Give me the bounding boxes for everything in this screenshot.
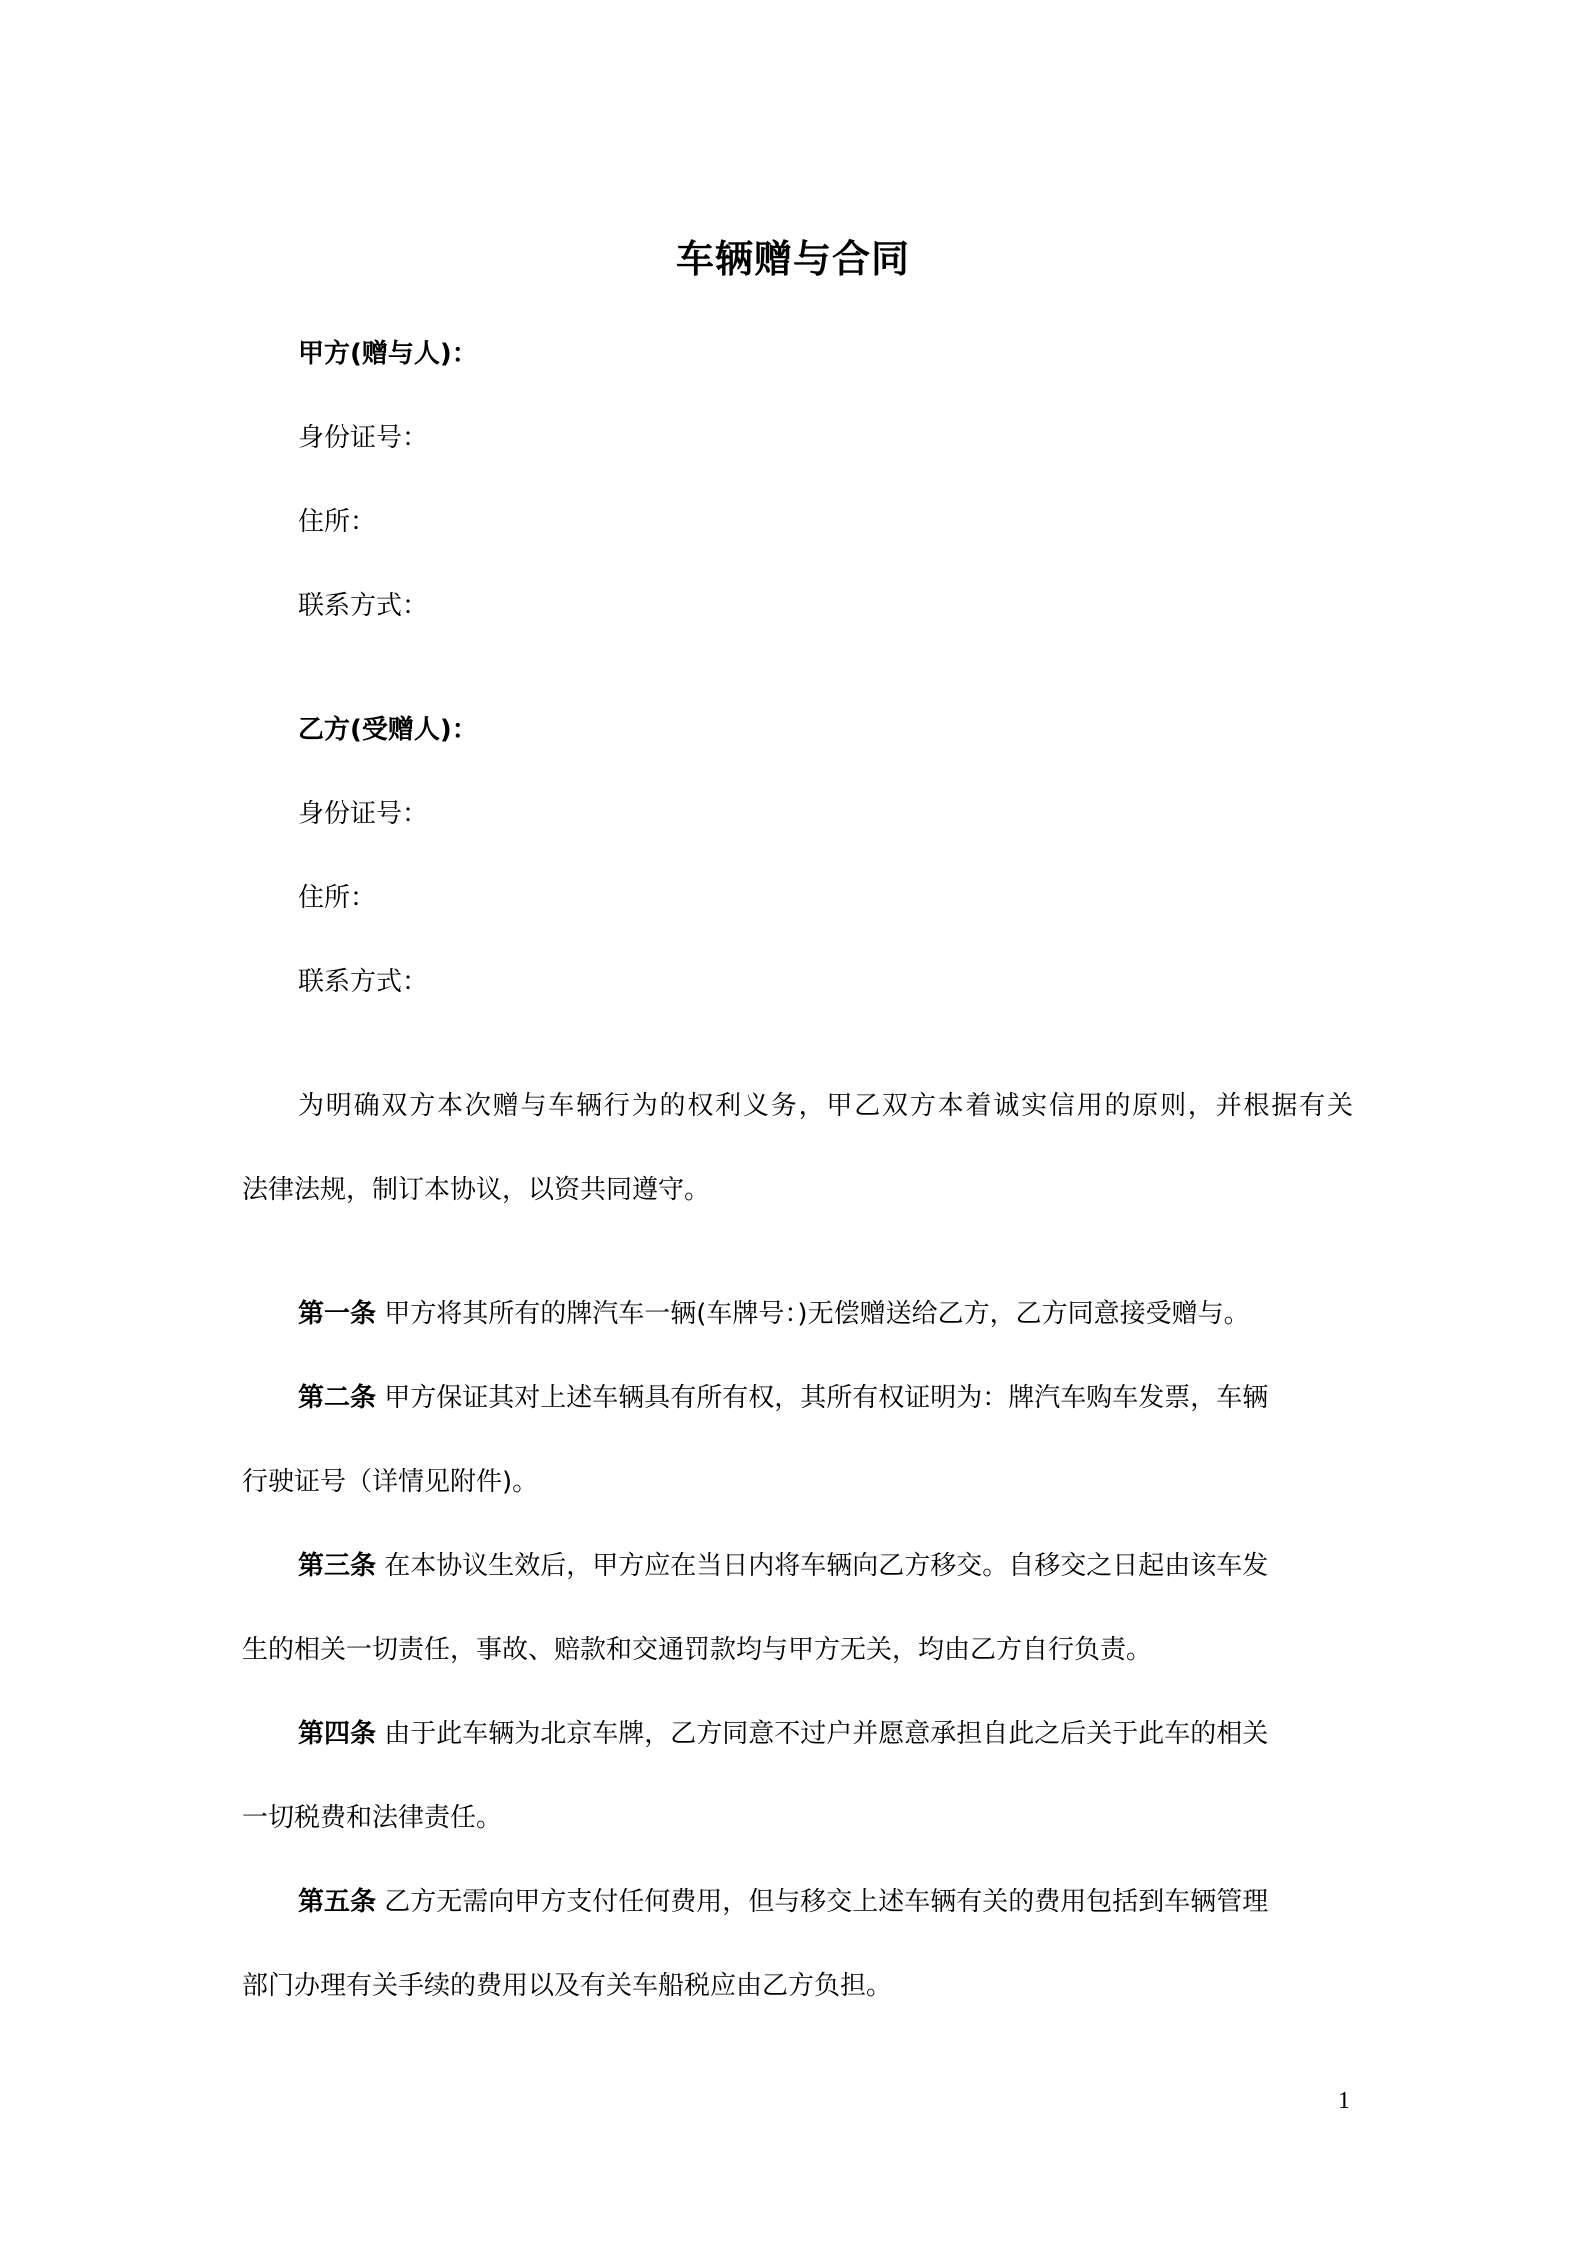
article-5-line-2: 部门办理有关手续的费用以及有关车船税应由乙方负担。: [242, 1966, 892, 2006]
article-4-text: 由于此车辆为北京车牌，乙方同意不过户并愿意承担自此之后关于此车的相关: [384, 1719, 1268, 1749]
preamble-line-2: 法律法规，制订本协议，以资共同遵守。: [242, 1170, 710, 1210]
party-b-heading: 乙方(受赠人)：: [298, 710, 478, 750]
party-a-contact-label: 联系方式：: [298, 586, 428, 626]
article-4-line-1: 第四条 由于此车辆为北京车牌，乙方同意不过户并愿意承担自此之后关于此车的相关: [298, 1714, 1268, 1754]
article-1-text: 甲方将其所有的牌汽车一辆(车牌号：)无偿赠送给乙方，乙方同意接受赠与。: [384, 1299, 1249, 1329]
article-3-number: 第三条: [298, 1551, 376, 1581]
party-a-address-label: 住所：: [298, 502, 376, 542]
article-2-line-2: 行驶证号（详情见附件)。: [242, 1462, 538, 1502]
article-4-line-2: 一切税费和法律责任。: [242, 1798, 502, 1838]
article-1: 第一条 甲方将其所有的牌汽车一辆(车牌号：)无偿赠送给乙方，乙方同意接受赠与。: [298, 1294, 1250, 1334]
party-a-heading: 甲方(赠与人)：: [298, 334, 478, 374]
party-b-address-label: 住所：: [298, 878, 376, 918]
article-3-line-2: 生的相关一切责任，事故、赔款和交通罚款均与甲方无关，均由乙方自行负责。: [242, 1630, 1152, 1670]
party-a-id-label: 身份证号：: [298, 418, 428, 458]
article-5-text: 乙方无需向甲方支付任何费用，但与移交上述车辆有关的费用包括到车辆管理: [384, 1887, 1268, 1917]
article-2-text: 甲方保证其对上述车辆具有所有权，其所有权证明为：牌汽车购车发票，车辆: [384, 1383, 1268, 1413]
article-1-number: 第一条: [298, 1299, 376, 1329]
article-2-line-1: 第二条 甲方保证其对上述车辆具有所有权，其所有权证明为：牌汽车购车发票，车辆: [298, 1378, 1268, 1418]
article-3-line-1: 第三条 在本协议生效后，甲方应在当日内将车辆向乙方移交。自移交之日起由该车发: [298, 1546, 1268, 1586]
page-number: 1: [1338, 2088, 1350, 2115]
preamble-line-1: 为明确双方本次赠与车辆行为的权利义务，甲乙双方本着诚实信用的原则，并根据有关: [298, 1086, 1353, 1126]
document-title: 车辆赠与合同: [0, 228, 1586, 283]
article-4-number: 第四条: [298, 1719, 376, 1749]
article-5-number: 第五条: [298, 1887, 376, 1917]
article-3-text: 在本协议生效后，甲方应在当日内将车辆向乙方移交。自移交之日起由该车发: [384, 1551, 1268, 1581]
article-2-number: 第二条: [298, 1383, 376, 1413]
party-b-contact-label: 联系方式：: [298, 962, 428, 1002]
party-b-id-label: 身份证号：: [298, 794, 428, 834]
article-5-line-1: 第五条 乙方无需向甲方支付任何费用，但与移交上述车辆有关的费用包括到车辆管理: [298, 1882, 1268, 1922]
